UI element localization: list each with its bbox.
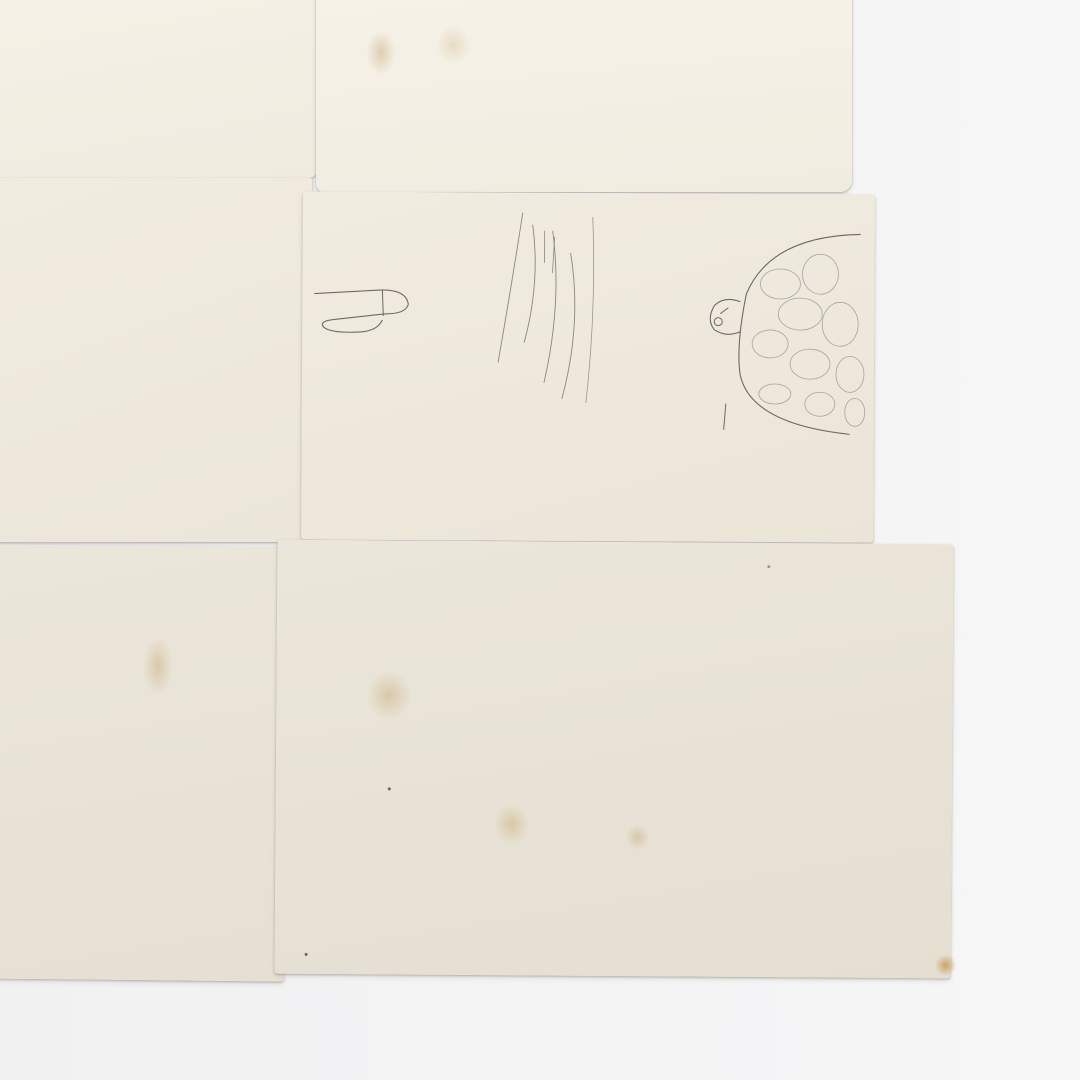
ink-speck [767, 565, 770, 568]
card-bottom-left [0, 544, 288, 981]
foxing-stain [143, 636, 174, 696]
foxing-stain [436, 25, 471, 65]
ink-speck [305, 953, 308, 956]
card-bottom-right [274, 540, 953, 979]
foxing-stain [366, 670, 411, 720]
turtle-drawing [680, 233, 881, 454]
motion-lines-drawing [492, 202, 613, 403]
card-middle-left [0, 178, 312, 542]
foxing-stain [366, 30, 396, 75]
edge-stain [934, 954, 956, 976]
card-middle-right-drawing [301, 192, 875, 543]
ink-speck [388, 787, 391, 790]
card-top-right [316, 0, 852, 192]
foxing-stain [625, 824, 649, 850]
finger-drawing [312, 282, 432, 343]
foxing-stain [493, 803, 529, 845]
card-top-left [0, 0, 318, 178]
